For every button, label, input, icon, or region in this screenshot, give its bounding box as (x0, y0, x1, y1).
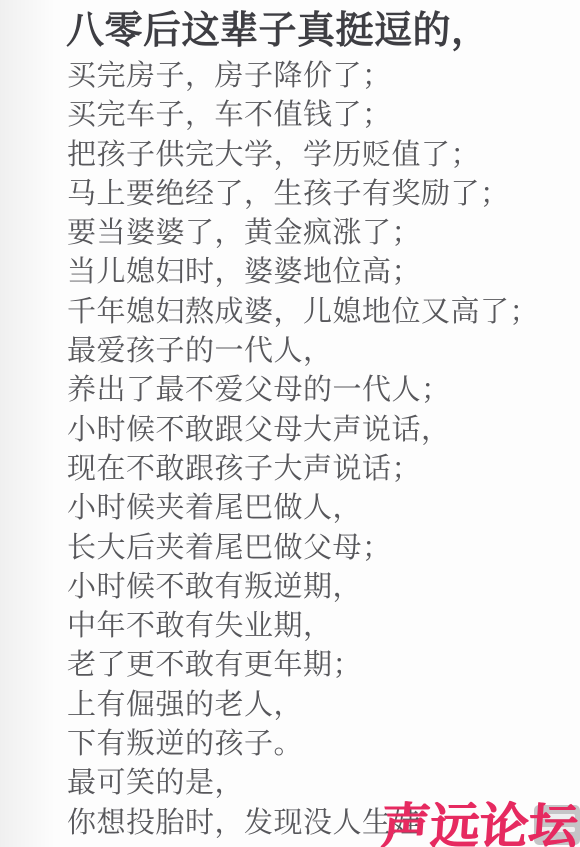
text-line: 长大后夹着尾巴做父母； (67, 529, 539, 568)
text-line: 小时候不敢有叛逆期， (67, 568, 539, 607)
text-line: 小时候不敢跟父母大声说话， (67, 411, 539, 450)
text-line: 马上要绝经了，生孩子有奖励了； (67, 175, 539, 214)
text-line: 买完车子，车不值钱了； (67, 96, 539, 135)
text-line: 老了更不敢有更年期； (67, 646, 539, 685)
text-line: 现在不敢跟孩子大声说话； (67, 450, 539, 489)
text-line: 把孩子供完大学，学历贬值了； (67, 136, 539, 175)
text-line: 养出了最不爱父母的一代人； (67, 371, 539, 410)
text-line: 最可笑的是， (67, 764, 539, 803)
text-line: 下有叛逆的孩子。 (67, 725, 539, 764)
forum-watermark: 声远论坛 (379, 803, 578, 847)
text-line: 上有倔强的老人， (67, 686, 539, 725)
text-line: 中年不敢有失业期， (67, 607, 539, 646)
text-line: 千年媳妇熬成婆，儿媳地位又高了； (67, 293, 539, 332)
text-line: 要当婆婆了，黄金疯涨了； (67, 214, 539, 253)
text-line: 当儿媳妇时，婆婆地位高； (67, 253, 539, 292)
text-image-page: 八零后这辈子真挺逗的， 买完房子，房子降价了； 买完车子，车不值钱了； 把孩子供… (0, 0, 580, 847)
page-title: 八零后这辈子真挺逗的， (66, 6, 490, 56)
text-body: 买完房子，房子降价了； 买完车子，车不值钱了； 把孩子供完大学，学历贬值了； 马… (67, 57, 539, 843)
text-line: 小时候夹着尾巴做人， (67, 489, 539, 528)
text-line: 最爱孩子的一代人， (67, 332, 539, 371)
text-line: 买完房子，房子降价了； (67, 57, 539, 96)
